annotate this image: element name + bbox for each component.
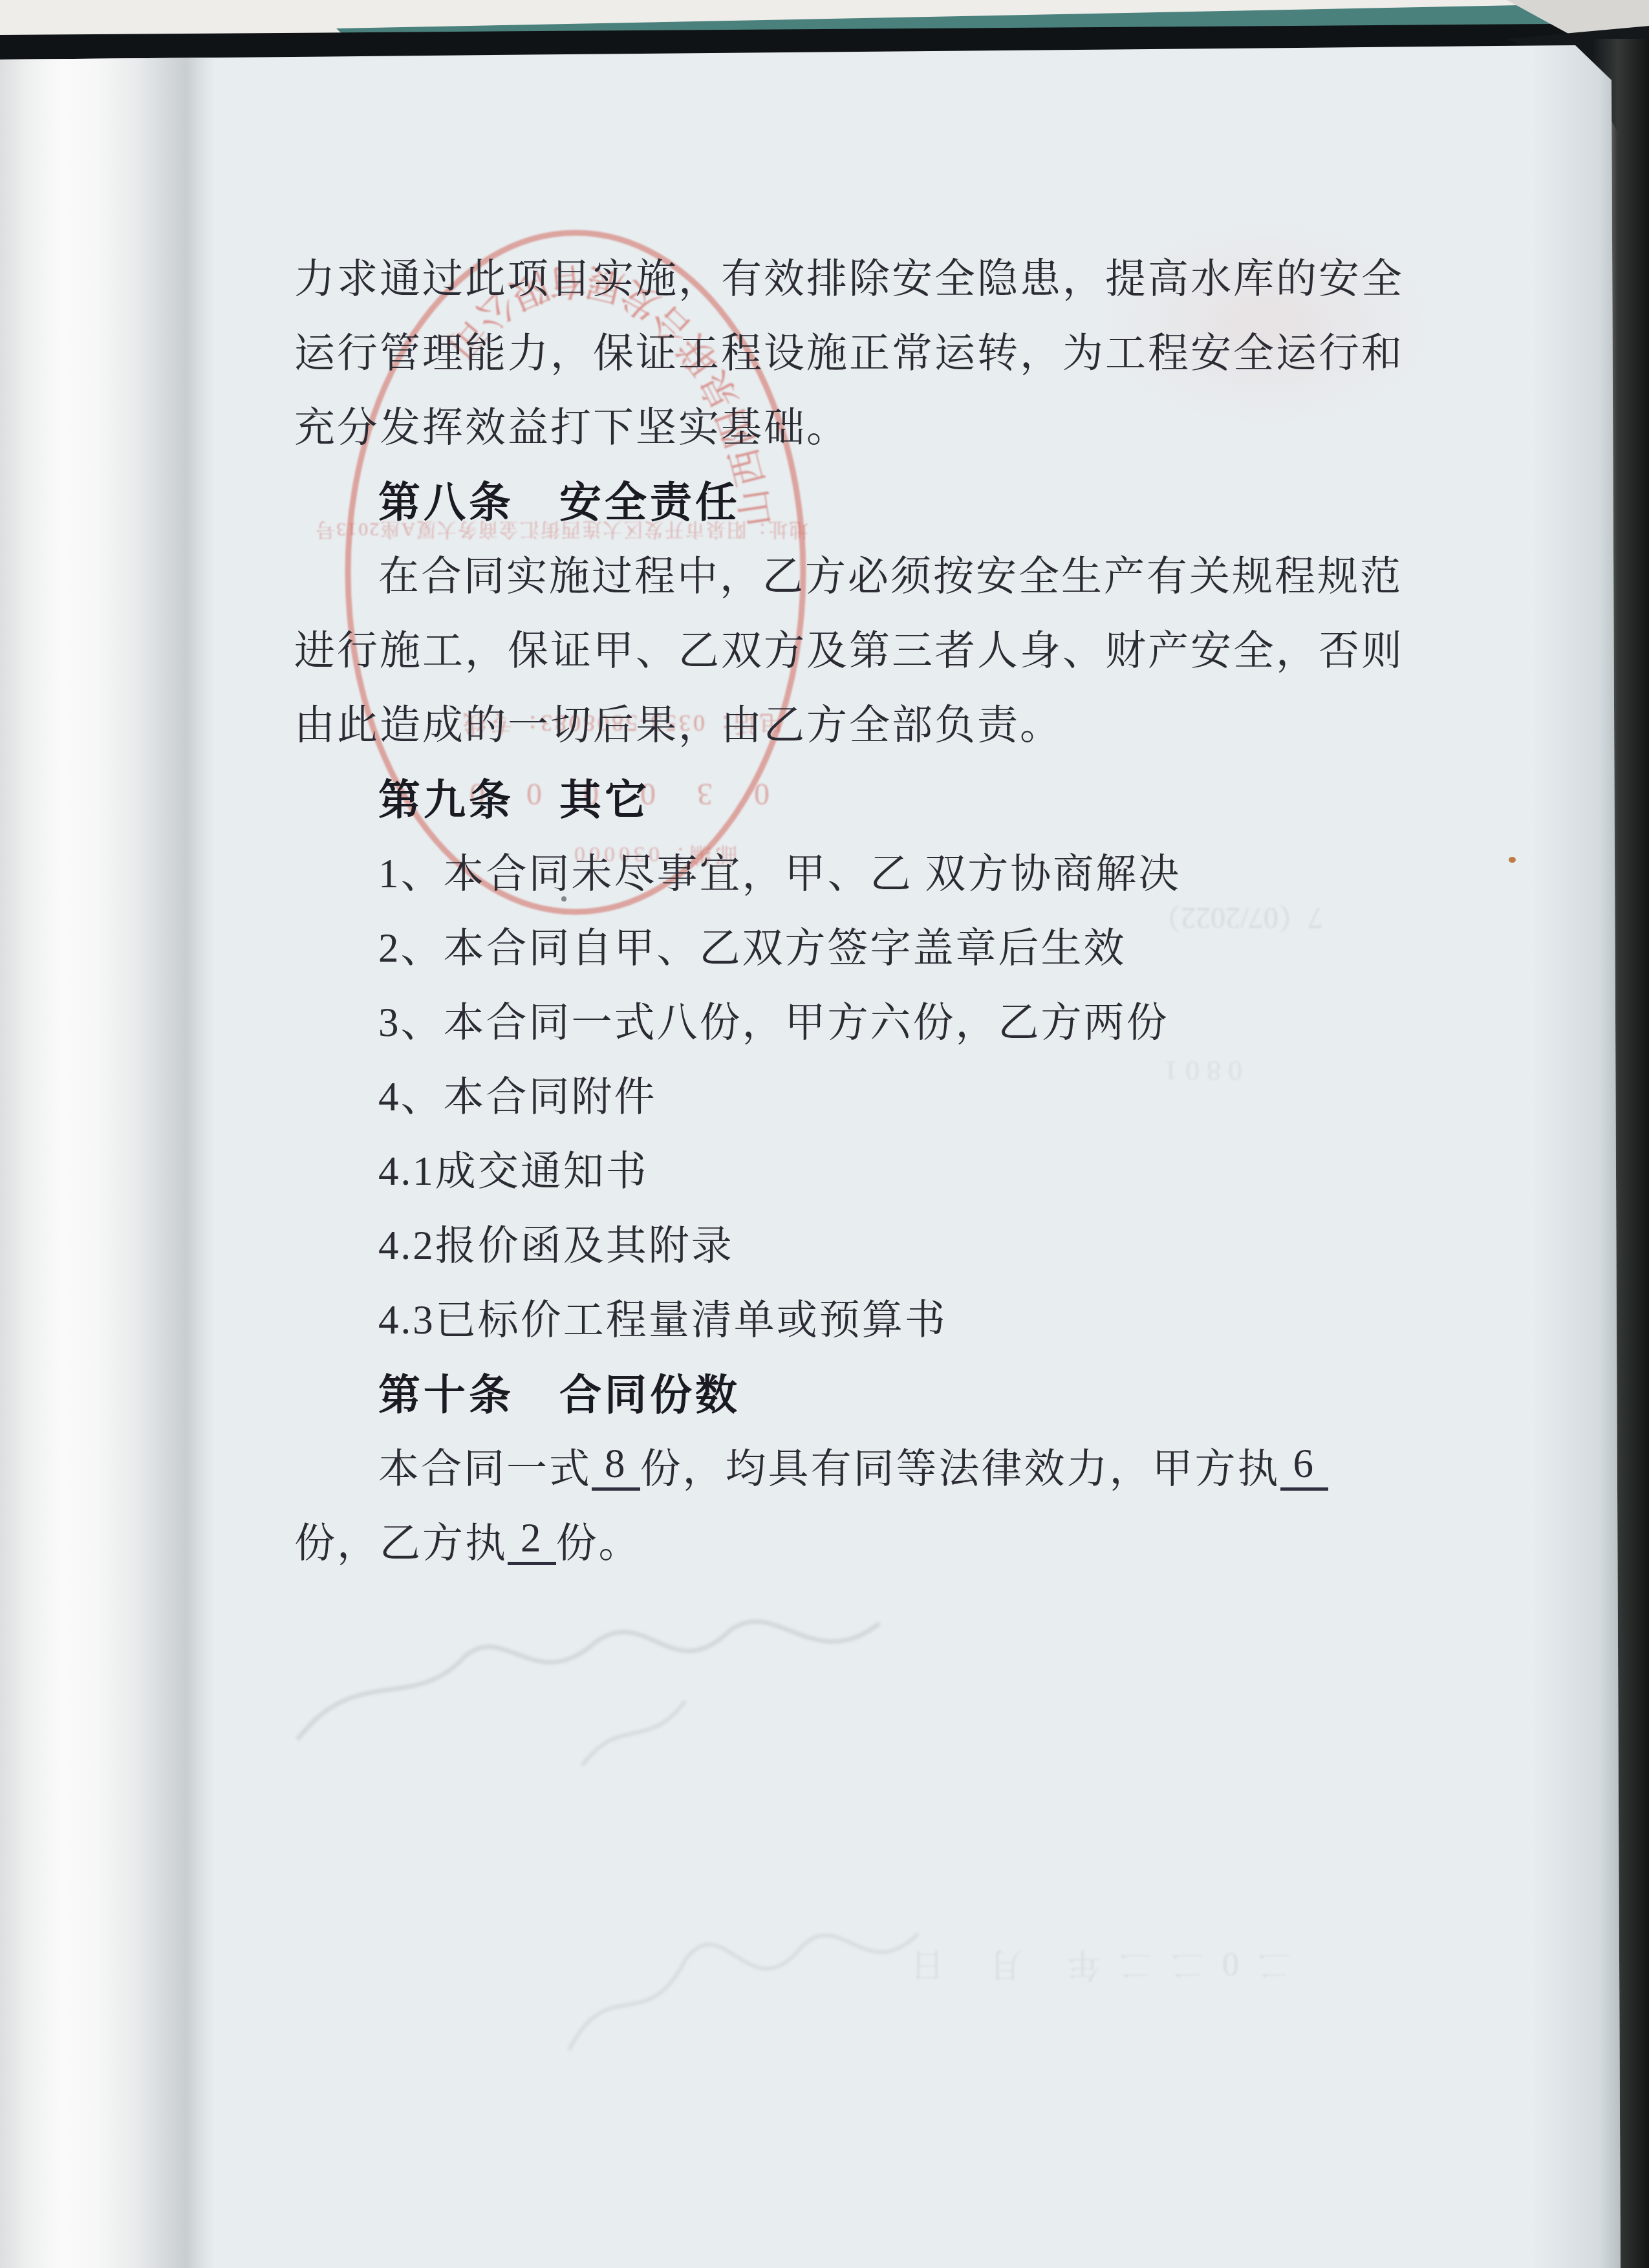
- text-line: 在合同实施过程中，乙方必须按安全生产有关规程规范: [0, 535, 1628, 610]
- text-line: 2、本合同自甲、乙双方签字盖章后生效: [0, 907, 1628, 982]
- text-segment: 4、本合同附件: [378, 1064, 657, 1123]
- text-line: 运行管理能力，保证工程设施正常运转，为工程安全运行和: [0, 312, 1628, 387]
- filled-blank-value: 8: [592, 1440, 640, 1491]
- text-line: 第八条 安全责任: [0, 461, 1628, 535]
- contract-text-block: 力求通过此项目实施，有效排除安全隐患，提高水库的安全运行管理能力，保证工程设施正…: [0, 238, 1628, 1577]
- paper-speck: [1509, 857, 1516, 863]
- text-line: 第十条 合同份数: [0, 1354, 1628, 1428]
- text-segment: 在合同实施过程中，乙方必须按安全生产有关规程规范: [378, 543, 1403, 602]
- text-line: 第九条 其它: [0, 759, 1628, 833]
- text-line: 充分发挥效益打下坚实基础。: [0, 387, 1628, 461]
- text-segment: 2、本合同自甲、乙双方签字盖章后生效: [378, 915, 1126, 974]
- text-line: 进行施工，保证甲、乙双方及第三者人身、财产安全，否则: [0, 610, 1628, 684]
- filled-blank-value: 6: [1280, 1440, 1329, 1491]
- text-line: 力求通过此项目实施，有效排除安全隐患，提高水库的安全: [0, 238, 1628, 312]
- text-segment: 3、本合同一式八份，甲方六份，乙方两份: [378, 989, 1169, 1048]
- text-segment: 份，均具有同等法律效力，甲方执: [640, 1436, 1280, 1495]
- text-segment: 本合同一式: [378, 1436, 592, 1495]
- scanned-contract-page: 山西阳泉联合发展有限公司 地址：阳泉市开发区大连西街汇金商务大厦A座2013号电…: [0, 0, 1649, 2268]
- text-segment: 4.1成交通知书: [378, 1138, 649, 1197]
- text-line: 3、本合同一式八份，甲方六份，乙方两份: [0, 982, 1628, 1056]
- text-segment: 运行管理能力，保证工程设施正常运转，为工程安全运行和: [294, 320, 1404, 379]
- text-segment: 4.3已标价工程量清单或预算书: [378, 1287, 947, 1346]
- text-line: 4.1成交通知书: [0, 1130, 1628, 1205]
- bleedthrough-mark: 7（07/2022）: [1151, 899, 1323, 942]
- text-segment: 力求通过此项目实施，有效排除安全隐患，提高水库的安全: [294, 246, 1404, 305]
- text-segment: 第八条 安全责任: [378, 468, 740, 529]
- text-line: 份，乙方执2份。: [0, 1502, 1628, 1577]
- bleedthrough-mark: 0 8 0 1: [1164, 1054, 1242, 1087]
- text-line: 4.3已标价工程量清单或预算书: [0, 1279, 1628, 1354]
- text-segment: 充分发挥效益打下坚实基础。: [294, 394, 849, 453]
- text-segment: 第九条 其它: [378, 766, 650, 826]
- paper-speck: [561, 896, 566, 902]
- text-segment: 进行施工，保证甲、乙双方及第三者人身、财产安全，否则: [294, 618, 1404, 676]
- contract-page: 山西阳泉联合发展有限公司 地址：阳泉市开发区大连西街汇金商务大厦A座2013号电…: [0, 45, 1628, 2268]
- text-segment: 4.2报价函及其附录: [378, 1213, 734, 1271]
- text-line: 1、本合同未尽事宜，甲、乙 双方协商解决: [0, 833, 1628, 907]
- text-line: 由此造成的一切后果，由乙方全部负责。: [0, 684, 1628, 759]
- bleedthrough-signature: [259, 1584, 970, 1791]
- text-segment: 份。: [556, 1510, 641, 1569]
- bleedthrough-signature: [517, 1882, 970, 2089]
- text-segment: 1、本合同未尽事宜，甲、乙 双方协商解决: [378, 841, 1181, 900]
- text-line: 4、本合同附件: [0, 1056, 1628, 1130]
- text-segment: 份，乙方执: [294, 1510, 508, 1569]
- text-line: 4.2报价函及其附录: [0, 1205, 1628, 1279]
- text-segment: 第十条 合同份数: [378, 1361, 740, 1421]
- text-segment: 由此造成的一切后果，由乙方全部负责。: [294, 692, 1062, 751]
- text-line: 本合同一式8份，均具有同等法律效力，甲方执6: [0, 1428, 1628, 1502]
- filled-blank-value: 2: [508, 1515, 556, 1565]
